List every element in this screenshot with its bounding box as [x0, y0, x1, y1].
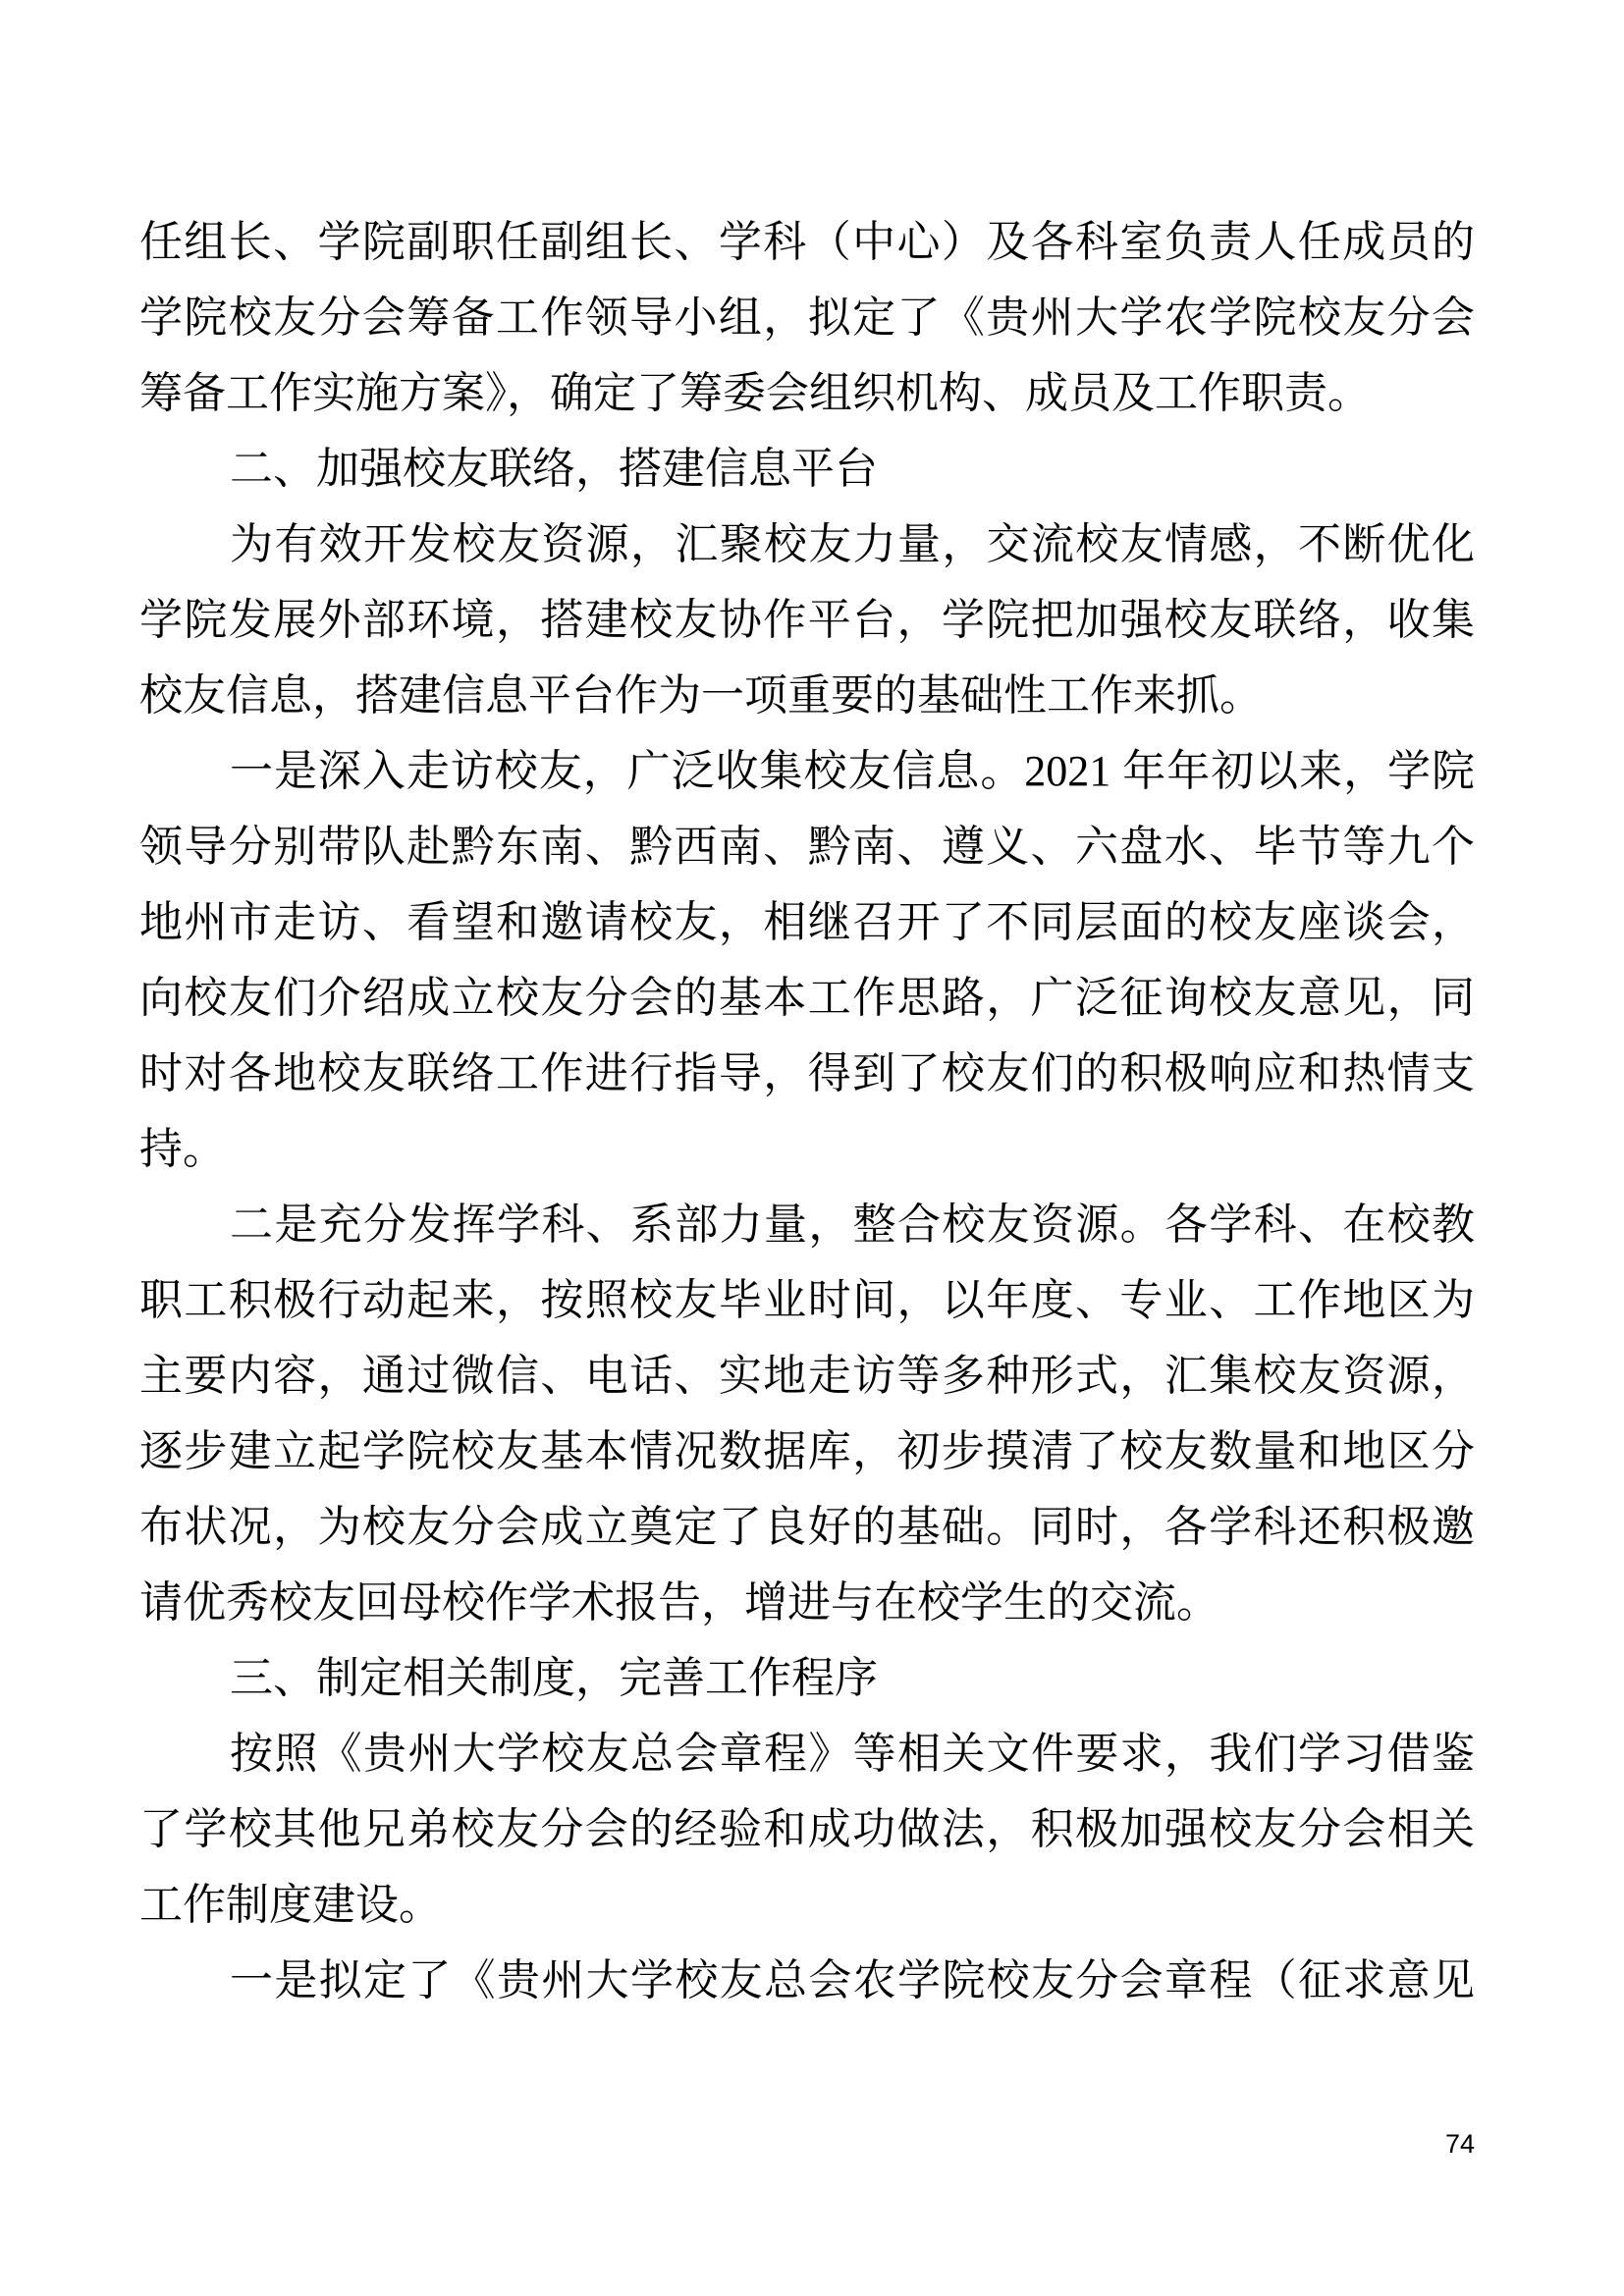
text-line: 任组长、学院副职任副组长、学科（中心）及各科室负责人任成员的	[139, 204, 1475, 280]
text-line: 二是充分发挥学科、系部力量，整合校友资源。各学科、在校教	[139, 1187, 1475, 1262]
text-line: 一是拟定了《贵州大学校友总会农学院校友分会章程（征求意见	[139, 1943, 1475, 2018]
text-line: 筹备工作实施方案》，确定了筹委会组织机构、成员及工作职责。	[139, 355, 1475, 431]
text-line: 为有效开发校友资源，汇聚校友力量，交流校友情感，不断优化	[139, 507, 1475, 582]
text-line: 向校友们介绍成立校友分会的基本工作思路，广泛征询校友意见，同	[139, 960, 1475, 1036]
text-line: 领导分别带队赴黔东南、黔西南、黔南、遵义、六盘水、毕节等九个	[139, 809, 1475, 884]
paragraph: 任组长、学院副职任副组长、学科（中心）及各科室负责人任成员的 学院校友分会筹备工…	[139, 204, 1475, 431]
text-line: 时对各地校友联络工作进行指导，得到了校友们的积极响应和热情支	[139, 1036, 1475, 1111]
heading-line: 二、加强校友联络，搭建信息平台	[139, 431, 1475, 507]
text-line: 持。	[139, 1111, 1475, 1187]
text-line: 一是深入走访校友，广泛收集校友信息。2021 年年初以来，学院	[139, 733, 1475, 809]
paragraph: 一是深入走访校友，广泛收集校友信息。2021 年年初以来，学院 领导分别带队赴黔…	[139, 733, 1475, 1187]
section-heading: 三、制定相关制度，完善工作程序	[139, 1640, 1475, 1716]
text-line: 工作制度建设。	[139, 1867, 1475, 1943]
text-line: 按照《贵州大学校友总会章程》等相关文件要求，我们学习借鉴	[139, 1716, 1475, 1791]
text-line: 了学校其他兄弟校友分会的经验和成功做法，积极加强校友分会相关	[139, 1791, 1475, 1867]
document-page: 任组长、学院副职任副组长、学科（中心）及各科室负责人任成员的 学院校友分会筹备工…	[0, 0, 1624, 2296]
text-line: 主要内容，通过微信、电话、实地走访等多种形式，汇集校友资源，	[139, 1338, 1475, 1414]
paragraph: 二是充分发挥学科、系部力量，整合校友资源。各学科、在校教 职工积极行动起来，按照…	[139, 1187, 1475, 1640]
heading-line: 三、制定相关制度，完善工作程序	[139, 1640, 1475, 1716]
text-line: 学院发展外部环境，搭建校友协作平台，学院把加强校友联络，收集	[139, 582, 1475, 658]
text-line: 地州市走访、看望和邀请校友，相继召开了不同层面的校友座谈会，	[139, 884, 1475, 960]
text-line: 校友信息，搭建信息平台作为一项重要的基础性工作来抓。	[139, 658, 1475, 733]
page-number: 74	[1445, 2128, 1475, 2160]
paragraph: 一是拟定了《贵州大学校友总会农学院校友分会章程（征求意见	[139, 1943, 1475, 2018]
paragraph: 为有效开发校友资源，汇聚校友力量，交流校友情感，不断优化 学院发展外部环境，搭建…	[139, 507, 1475, 733]
document-text-block: 任组长、学院副职任副组长、学科（中心）及各科室负责人任成员的 学院校友分会筹备工…	[139, 204, 1475, 2018]
section-heading: 二、加强校友联络，搭建信息平台	[139, 431, 1475, 507]
text-line: 请优秀校友回母校作学术报告，增进与在校学生的交流。	[139, 1565, 1475, 1640]
text-line: 逐步建立起学院校友基本情况数据库，初步摸清了校友数量和地区分	[139, 1414, 1475, 1489]
text-line: 职工积极行动起来，按照校友毕业时间，以年度、专业、工作地区为	[139, 1262, 1475, 1338]
text-line: 布状况，为校友分会成立奠定了良好的基础。同时，各学科还积极邀	[139, 1489, 1475, 1565]
text-line: 学院校友分会筹备工作领导小组，拟定了《贵州大学农学院校友分会	[139, 280, 1475, 355]
paragraph: 按照《贵州大学校友总会章程》等相关文件要求，我们学习借鉴 了学校其他兄弟校友分会…	[139, 1716, 1475, 1943]
